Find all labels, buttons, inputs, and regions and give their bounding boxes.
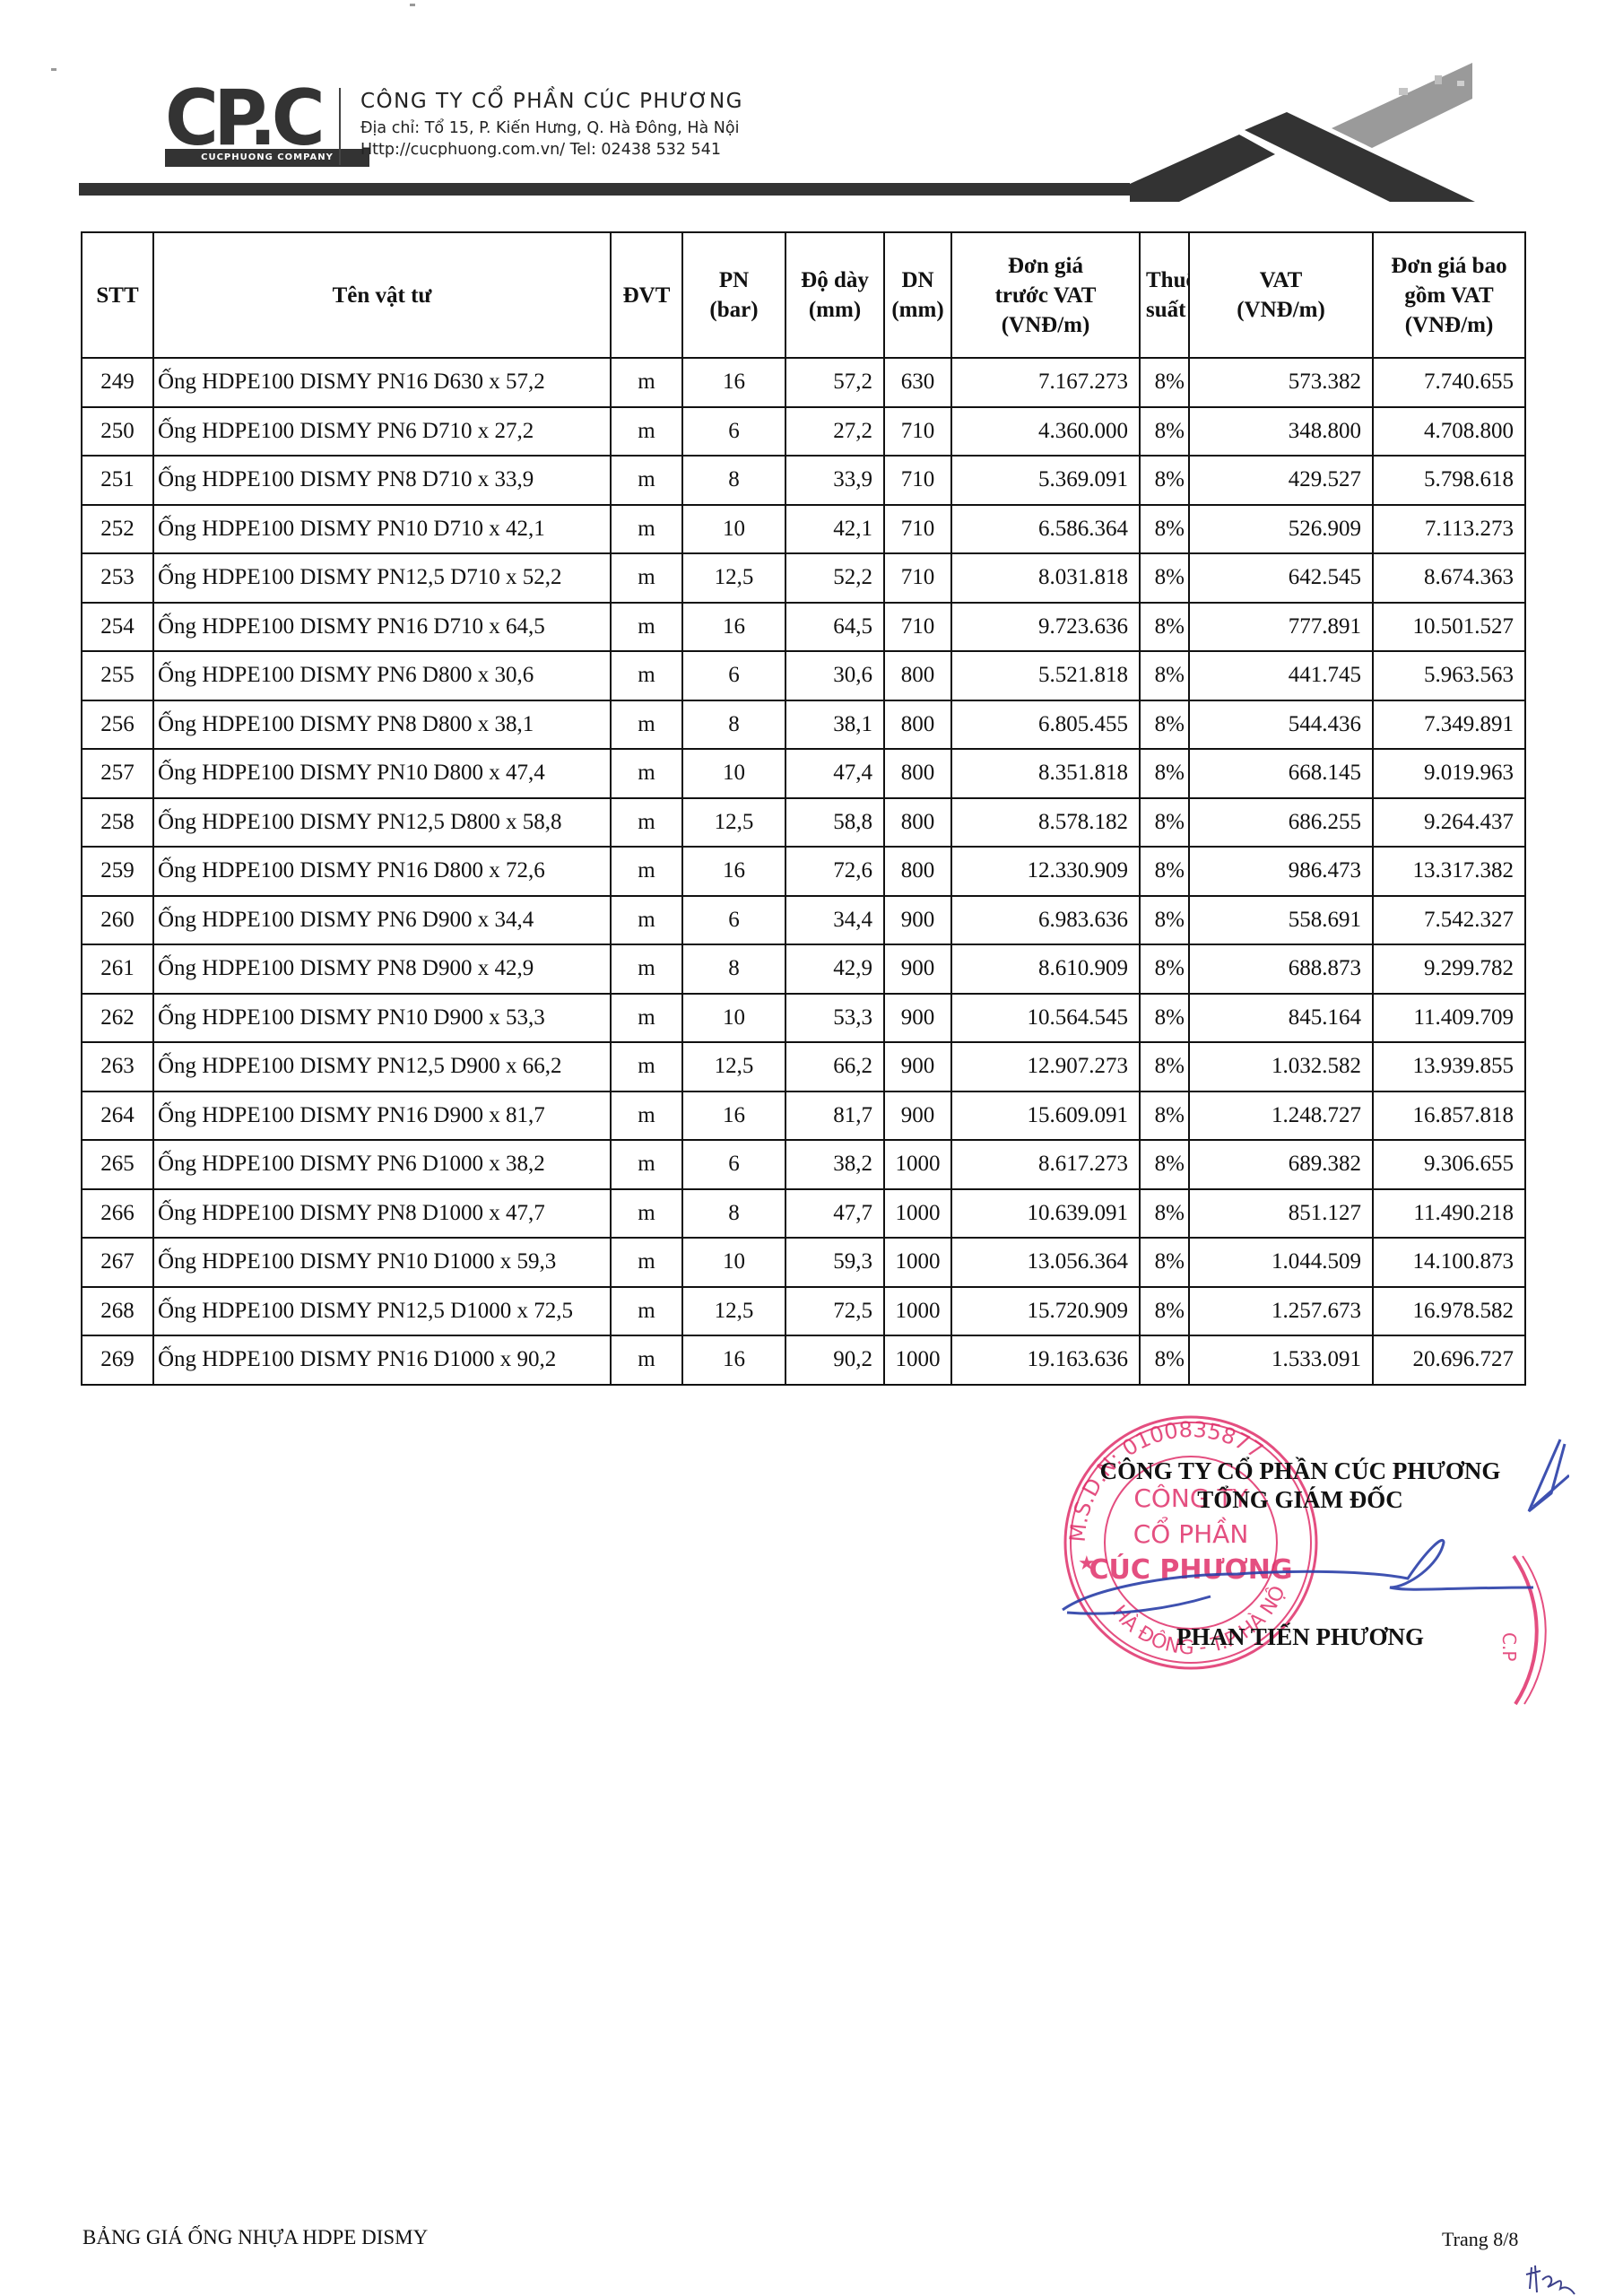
cell-wall-thickness: 52,2 xyxy=(785,553,884,603)
cell-wall-thickness: 72,5 xyxy=(785,1287,884,1336)
cell-price-before-vat: 5.521.818 xyxy=(951,651,1140,700)
cell-item-name: Ống HDPE100 DISMY PN12,5 D1000 x 72,5 xyxy=(153,1287,611,1336)
cell-item-name: Ống HDPE100 DISMY PN8 D800 x 38,1 xyxy=(153,700,611,750)
cell-pressure-rating: 6 xyxy=(682,651,785,700)
cell-wall-thickness: 81,7 xyxy=(785,1091,884,1141)
cell-row-number: 258 xyxy=(82,798,153,848)
cell-vat-amount: 573.382 xyxy=(1189,358,1373,407)
cell-wall-thickness: 30,6 xyxy=(785,651,884,700)
cell-price-including-vat: 8.674.363 xyxy=(1373,553,1525,603)
cell-tax-rate: 8% xyxy=(1140,358,1189,407)
cell-row-number: 250 xyxy=(82,407,153,457)
cell-nominal-diameter: 900 xyxy=(884,1042,951,1091)
table-row: 266Ống HDPE100 DISMY PN8 D1000 x 47,7m84… xyxy=(82,1189,1525,1239)
cell-price-including-vat: 11.409.709 xyxy=(1373,994,1525,1043)
cell-price-before-vat: 4.360.000 xyxy=(951,407,1140,457)
cell-wall-thickness: 42,9 xyxy=(785,944,884,994)
cell-unit: m xyxy=(611,944,682,994)
cell-price-before-vat: 12.330.909 xyxy=(951,847,1140,896)
table-row: 252Ống HDPE100 DISMY PN10 D710 x 42,1m10… xyxy=(82,505,1525,554)
cell-price-before-vat: 5.369.091 xyxy=(951,456,1140,505)
cell-row-number: 264 xyxy=(82,1091,153,1141)
cell-pressure-rating: 6 xyxy=(682,896,785,945)
cell-unit: m xyxy=(611,1238,682,1287)
cell-item-name: Ống HDPE100 DISMY PN6 D1000 x 38,2 xyxy=(153,1140,611,1189)
cell-wall-thickness: 66,2 xyxy=(785,1042,884,1091)
cell-wall-thickness: 90,2 xyxy=(785,1335,884,1385)
table-row: 257Ống HDPE100 DISMY PN10 D800 x 47,4m10… xyxy=(82,749,1525,798)
table-row: 254Ống HDPE100 DISMY PN16 D710 x 64,5m16… xyxy=(82,603,1525,652)
cell-vat-amount: 1.257.673 xyxy=(1189,1287,1373,1336)
cell-price-including-vat: 7.740.655 xyxy=(1373,358,1525,407)
table-row: 249Ống HDPE100 DISMY PN16 D630 x 57,2m16… xyxy=(82,358,1525,407)
table-row: 251Ống HDPE100 DISMY PN8 D710 x 33,9m833… xyxy=(82,456,1525,505)
cell-tax-rate: 8% xyxy=(1140,407,1189,457)
cell-price-including-vat: 5.963.563 xyxy=(1373,651,1525,700)
cell-price-before-vat: 6.805.455 xyxy=(951,700,1140,750)
scan-speck xyxy=(410,4,415,6)
column-header-name: Tên vật tư xyxy=(153,232,611,358)
cell-row-number: 269 xyxy=(82,1335,153,1385)
cell-row-number: 256 xyxy=(82,700,153,750)
cell-unit: m xyxy=(611,1091,682,1141)
cell-tax-rate: 8% xyxy=(1140,553,1189,603)
cell-item-name: Ống HDPE100 DISMY PN10 D1000 x 59,3 xyxy=(153,1238,611,1287)
cell-price-including-vat: 14.100.873 xyxy=(1373,1238,1525,1287)
cell-row-number: 259 xyxy=(82,847,153,896)
cell-price-including-vat: 16.978.582 xyxy=(1373,1287,1525,1336)
cell-pressure-rating: 16 xyxy=(682,1091,785,1141)
table-row: 262Ống HDPE100 DISMY PN10 D900 x 53,3m10… xyxy=(82,994,1525,1043)
column-header-vat: VAT(VNĐ/m) xyxy=(1189,232,1373,358)
cell-tax-rate: 8% xyxy=(1140,700,1189,750)
column-header-pn: PN(bar) xyxy=(682,232,785,358)
cell-vat-amount: 429.527 xyxy=(1189,456,1373,505)
cell-wall-thickness: 57,2 xyxy=(785,358,884,407)
cell-item-name: Ống HDPE100 DISMY PN16 D630 x 57,2 xyxy=(153,358,611,407)
scan-speck xyxy=(51,68,56,71)
table-row: 260Ống HDPE100 DISMY PN6 D900 x 34,4m634… xyxy=(82,896,1525,945)
cell-wall-thickness: 53,3 xyxy=(785,994,884,1043)
price-table: STTTên vật tưĐVTPN(bar)Độ dày(mm)DN(mm)Đ… xyxy=(81,231,1526,1386)
column-header-price-pre-vat: Đơn giátrước VAT(VNĐ/m) xyxy=(951,232,1140,358)
column-header-price-incl-vat: Đơn giá baogồm VAT(VNĐ/m) xyxy=(1373,232,1525,358)
cell-item-name: Ống HDPE100 DISMY PN6 D900 x 34,4 xyxy=(153,896,611,945)
cell-row-number: 257 xyxy=(82,749,153,798)
cell-price-before-vat: 8.351.818 xyxy=(951,749,1140,798)
cell-row-number: 268 xyxy=(82,1287,153,1336)
cell-price-before-vat: 15.720.909 xyxy=(951,1287,1140,1336)
signature-company: CÔNG TY CỔ PHẦN CÚC PHƯƠNG xyxy=(1031,1457,1569,1485)
cell-row-number: 253 xyxy=(82,553,153,603)
cell-pressure-rating: 12,5 xyxy=(682,553,785,603)
cell-tax-rate: 8% xyxy=(1140,847,1189,896)
table-row: 269Ống HDPE100 DISMY PN16 D1000 x 90,2m1… xyxy=(82,1335,1525,1385)
cell-nominal-diameter: 710 xyxy=(884,456,951,505)
cell-row-number: 252 xyxy=(82,505,153,554)
cell-pressure-rating: 16 xyxy=(682,358,785,407)
cell-pressure-rating: 10 xyxy=(682,749,785,798)
cell-vat-amount: 689.382 xyxy=(1189,1140,1373,1189)
cell-pressure-rating: 12,5 xyxy=(682,1287,785,1336)
cell-nominal-diameter: 710 xyxy=(884,603,951,652)
cell-price-before-vat: 10.639.091 xyxy=(951,1189,1140,1239)
cell-nominal-diameter: 800 xyxy=(884,700,951,750)
cell-unit: m xyxy=(611,896,682,945)
svg-text:★: ★ xyxy=(1078,1552,1096,1575)
table-row: 259Ống HDPE100 DISMY PN16 D800 x 72,6m16… xyxy=(82,847,1525,896)
cell-nominal-diameter: 800 xyxy=(884,847,951,896)
cell-row-number: 249 xyxy=(82,358,153,407)
svg-text:CÚC PHƯƠNG: CÚC PHƯƠNG xyxy=(1089,1552,1293,1586)
cell-price-before-vat: 12.907.273 xyxy=(951,1042,1140,1091)
cell-wall-thickness: 33,9 xyxy=(785,456,884,505)
cell-price-including-vat: 9.264.437 xyxy=(1373,798,1525,848)
table-row: 267Ống HDPE100 DISMY PN10 D1000 x 59,3m1… xyxy=(82,1238,1525,1287)
cell-item-name: Ống HDPE100 DISMY PN8 D900 x 42,9 xyxy=(153,944,611,994)
cell-price-before-vat: 8.617.273 xyxy=(951,1140,1140,1189)
cell-unit: m xyxy=(611,847,682,896)
cell-row-number: 251 xyxy=(82,456,153,505)
company-address: Địa chỉ: Tổ 15, P. Kiến Hưng, Q. Hà Đông… xyxy=(360,119,739,137)
cell-price-before-vat: 10.564.545 xyxy=(951,994,1140,1043)
cell-price-including-vat: 13.939.855 xyxy=(1373,1042,1525,1091)
cell-unit: m xyxy=(611,749,682,798)
cell-price-including-vat: 11.490.218 xyxy=(1373,1189,1525,1239)
cell-unit: m xyxy=(611,1287,682,1336)
cell-tax-rate: 8% xyxy=(1140,798,1189,848)
cell-vat-amount: 688.873 xyxy=(1189,944,1373,994)
cell-tax-rate: 8% xyxy=(1140,749,1189,798)
cell-wall-thickness: 38,1 xyxy=(785,700,884,750)
cell-price-including-vat: 13.317.382 xyxy=(1373,847,1525,896)
cell-price-before-vat: 19.163.636 xyxy=(951,1335,1140,1385)
cell-price-including-vat: 10.501.527 xyxy=(1373,603,1525,652)
svg-text:CỔ PHẦN: CỔ PHẦN xyxy=(1133,1516,1249,1549)
signature-title: TỔNG GIÁM ĐỐC xyxy=(1031,1486,1569,1514)
cell-tax-rate: 8% xyxy=(1140,994,1189,1043)
cell-tax-rate: 8% xyxy=(1140,603,1189,652)
cell-nominal-diameter: 900 xyxy=(884,1091,951,1141)
cell-unit: m xyxy=(611,1335,682,1385)
cell-pressure-rating: 8 xyxy=(682,944,785,994)
signatory-name: PHAN TIẾN PHƯƠNG xyxy=(1031,1623,1569,1651)
table-row: 265Ống HDPE100 DISMY PN6 D1000 x 38,2m63… xyxy=(82,1140,1525,1189)
cell-item-name: Ống HDPE100 DISMY PN10 D800 x 47,4 xyxy=(153,749,611,798)
cell-unit: m xyxy=(611,456,682,505)
cell-nominal-diameter: 1000 xyxy=(884,1335,951,1385)
cell-wall-thickness: 64,5 xyxy=(785,603,884,652)
cell-pressure-rating: 10 xyxy=(682,1238,785,1287)
cell-tax-rate: 8% xyxy=(1140,1238,1189,1287)
cell-price-before-vat: 15.609.091 xyxy=(951,1091,1140,1141)
cell-nominal-diameter: 900 xyxy=(884,896,951,945)
cell-unit: m xyxy=(611,798,682,848)
table-row: 261Ống HDPE100 DISMY PN8 D900 x 42,9m842… xyxy=(82,944,1525,994)
cell-wall-thickness: 34,4 xyxy=(785,896,884,945)
footer-document-title: BẢNG GIÁ ỐNG NHỰA HDPE DISMY xyxy=(82,2226,428,2249)
cell-nominal-diameter: 710 xyxy=(884,553,951,603)
cell-nominal-diameter: 900 xyxy=(884,994,951,1043)
cell-price-before-vat: 8.578.182 xyxy=(951,798,1140,848)
cell-pressure-rating: 16 xyxy=(682,847,785,896)
cell-wall-thickness: 72,6 xyxy=(785,847,884,896)
cell-item-name: Ống HDPE100 DISMY PN10 D710 x 42,1 xyxy=(153,505,611,554)
cell-price-including-vat: 16.857.818 xyxy=(1373,1091,1525,1141)
logo-text: CP.C xyxy=(165,86,360,151)
cell-nominal-diameter: 800 xyxy=(884,651,951,700)
cell-item-name: Ống HDPE100 DISMY PN16 D710 x 64,5 xyxy=(153,603,611,652)
column-header-dn: DN(mm) xyxy=(884,232,951,358)
table-header-row: STTTên vật tưĐVTPN(bar)Độ dày(mm)DN(mm)Đ… xyxy=(82,232,1525,358)
cell-price-before-vat: 6.983.636 xyxy=(951,896,1140,945)
cell-pressure-rating: 8 xyxy=(682,700,785,750)
cell-unit: m xyxy=(611,1189,682,1239)
table-row: 268Ống HDPE100 DISMY PN12,5 D1000 x 72,5… xyxy=(82,1287,1525,1336)
cell-price-including-vat: 7.542.327 xyxy=(1373,896,1525,945)
table-row: 253Ống HDPE100 DISMY PN12,5 D710 x 52,2m… xyxy=(82,553,1525,603)
cell-row-number: 265 xyxy=(82,1140,153,1189)
cell-price-before-vat: 8.031.818 xyxy=(951,553,1140,603)
cell-item-name: Ống HDPE100 DISMY PN16 D900 x 81,7 xyxy=(153,1091,611,1141)
cell-price-before-vat: 9.723.636 xyxy=(951,603,1140,652)
cell-row-number: 254 xyxy=(82,603,153,652)
cell-price-including-vat: 9.299.782 xyxy=(1373,944,1525,994)
column-header-stt: STT xyxy=(82,232,153,358)
cell-tax-rate: 8% xyxy=(1140,1287,1189,1336)
cell-unit: m xyxy=(611,994,682,1043)
cell-item-name: Ống HDPE100 DISMY PN8 D710 x 33,9 xyxy=(153,456,611,505)
cell-price-before-vat: 13.056.364 xyxy=(951,1238,1140,1287)
cell-tax-rate: 8% xyxy=(1140,896,1189,945)
cell-unit: m xyxy=(611,505,682,554)
cell-pressure-rating: 6 xyxy=(682,1140,785,1189)
cell-tax-rate: 8% xyxy=(1140,944,1189,994)
table-row: 250Ống HDPE100 DISMY PN6 D710 x 27,2m627… xyxy=(82,407,1525,457)
cell-nominal-diameter: 900 xyxy=(884,944,951,994)
cell-row-number: 263 xyxy=(82,1042,153,1091)
cell-vat-amount: 642.545 xyxy=(1189,553,1373,603)
signature-block: M.S.D.N: 0100835877 HÀ ĐÔNG - T.P HÀ NỘI… xyxy=(1031,1408,1569,1713)
cell-vat-amount: 686.255 xyxy=(1189,798,1373,848)
cell-vat-amount: 1.032.582 xyxy=(1189,1042,1373,1091)
table-row: 256Ống HDPE100 DISMY PN8 D800 x 38,1m838… xyxy=(82,700,1525,750)
cell-nominal-diameter: 710 xyxy=(884,505,951,554)
cell-price-including-vat: 9.019.963 xyxy=(1373,749,1525,798)
table-row: 264Ống HDPE100 DISMY PN16 D900 x 81,7m16… xyxy=(82,1091,1525,1141)
cell-price-including-vat: 9.306.655 xyxy=(1373,1140,1525,1189)
cell-unit: m xyxy=(611,603,682,652)
cell-price-including-vat: 20.696.727 xyxy=(1373,1335,1525,1385)
cell-nominal-diameter: 1000 xyxy=(884,1238,951,1287)
cell-item-name: Ống HDPE100 DISMY PN8 D1000 x 47,7 xyxy=(153,1189,611,1239)
cell-row-number: 255 xyxy=(82,651,153,700)
cell-vat-amount: 544.436 xyxy=(1189,700,1373,750)
cell-row-number: 261 xyxy=(82,944,153,994)
table-row: 263Ống HDPE100 DISMY PN12,5 D900 x 66,2m… xyxy=(82,1042,1525,1091)
cell-row-number: 262 xyxy=(82,994,153,1043)
cell-nominal-diameter: 1000 xyxy=(884,1287,951,1336)
cell-tax-rate: 8% xyxy=(1140,1189,1189,1239)
cell-nominal-diameter: 710 xyxy=(884,407,951,457)
cell-pressure-rating: 16 xyxy=(682,1335,785,1385)
cell-nominal-diameter: 630 xyxy=(884,358,951,407)
company-stamp: M.S.D.N: 0100835877 HÀ ĐÔNG - T.P HÀ NỘI… xyxy=(1031,1408,1569,1713)
column-header-unit: ĐVT xyxy=(611,232,682,358)
cell-vat-amount: 986.473 xyxy=(1189,847,1373,896)
cell-wall-thickness: 58,8 xyxy=(785,798,884,848)
cell-vat-amount: 1.533.091 xyxy=(1189,1335,1373,1385)
cell-item-name: Ống HDPE100 DISMY PN16 D800 x 72,6 xyxy=(153,847,611,896)
cell-nominal-diameter: 1000 xyxy=(884,1140,951,1189)
cell-vat-amount: 668.145 xyxy=(1189,749,1373,798)
cell-unit: m xyxy=(611,1042,682,1091)
cell-pressure-rating: 8 xyxy=(682,456,785,505)
cell-wall-thickness: 27,2 xyxy=(785,407,884,457)
cell-pressure-rating: 10 xyxy=(682,994,785,1043)
cell-unit: m xyxy=(611,358,682,407)
cell-vat-amount: 845.164 xyxy=(1189,994,1373,1043)
cell-tax-rate: 8% xyxy=(1140,1091,1189,1141)
cell-item-name: Ống HDPE100 DISMY PN6 D800 x 30,6 xyxy=(153,651,611,700)
cell-wall-thickness: 47,4 xyxy=(785,749,884,798)
cell-tax-rate: 8% xyxy=(1140,456,1189,505)
cell-nominal-diameter: 800 xyxy=(884,749,951,798)
cell-pressure-rating: 6 xyxy=(682,407,785,457)
cell-tax-rate: 8% xyxy=(1140,505,1189,554)
cell-unit: m xyxy=(611,700,682,750)
cell-unit: m xyxy=(611,651,682,700)
column-header-thickness: Độ dày(mm) xyxy=(785,232,884,358)
cell-nominal-diameter: 800 xyxy=(884,798,951,848)
page-number: Trang 8/8 xyxy=(1442,2228,1518,2251)
letterhead: CP.C CUCPHUONG COMPANY CÔNG TY CỔ PHẦN C… xyxy=(0,0,1623,215)
cell-tax-rate: 8% xyxy=(1140,651,1189,700)
initials-signature-icon xyxy=(1524,2262,1578,2296)
cell-nominal-diameter: 1000 xyxy=(884,1189,951,1239)
cell-vat-amount: 558.691 xyxy=(1189,896,1373,945)
cell-pressure-rating: 16 xyxy=(682,603,785,652)
cell-wall-thickness: 42,1 xyxy=(785,505,884,554)
cell-vat-amount: 441.745 xyxy=(1189,651,1373,700)
cell-tax-rate: 8% xyxy=(1140,1140,1189,1189)
cell-unit: m xyxy=(611,407,682,457)
cell-price-before-vat: 8.610.909 xyxy=(951,944,1140,994)
cell-unit: m xyxy=(611,553,682,603)
cell-item-name: Ống HDPE100 DISMY PN12,5 D800 x 58,8 xyxy=(153,798,611,848)
company-name: CÔNG TY CỔ PHẦN CÚC PHƯƠNG xyxy=(360,90,743,113)
cell-tax-rate: 8% xyxy=(1140,1335,1189,1385)
cell-pressure-rating: 10 xyxy=(682,505,785,554)
letterhead-divider xyxy=(339,88,341,165)
company-contact: Http://cucphuong.com.vn/ Tel: 02438 532 … xyxy=(360,141,721,159)
cell-wall-thickness: 47,7 xyxy=(785,1189,884,1239)
cell-wall-thickness: 38,2 xyxy=(785,1140,884,1189)
cell-item-name: Ống HDPE100 DISMY PN10 D900 x 53,3 xyxy=(153,994,611,1043)
cell-price-including-vat: 7.349.891 xyxy=(1373,700,1525,750)
cell-price-including-vat: 5.798.618 xyxy=(1373,456,1525,505)
cell-vat-amount: 851.127 xyxy=(1189,1189,1373,1239)
table-body: 249Ống HDPE100 DISMY PN16 D630 x 57,2m16… xyxy=(82,358,1525,1385)
cell-vat-amount: 1.044.509 xyxy=(1189,1238,1373,1287)
cell-pressure-rating: 8 xyxy=(682,1189,785,1239)
column-header-tax-rate: Thuếsuất xyxy=(1140,232,1189,358)
table-row: 255Ống HDPE100 DISMY PN6 D800 x 30,6m630… xyxy=(82,651,1525,700)
cell-pressure-rating: 12,5 xyxy=(682,798,785,848)
cell-vat-amount: 348.800 xyxy=(1189,407,1373,457)
cell-vat-amount: 1.248.727 xyxy=(1189,1091,1373,1141)
cell-item-name: Ống HDPE100 DISMY PN12,5 D900 x 66,2 xyxy=(153,1042,611,1091)
cell-price-before-vat: 6.586.364 xyxy=(951,505,1140,554)
cell-pressure-rating: 12,5 xyxy=(682,1042,785,1091)
cell-price-including-vat: 4.708.800 xyxy=(1373,407,1525,457)
cell-vat-amount: 777.891 xyxy=(1189,603,1373,652)
cell-item-name: Ống HDPE100 DISMY PN16 D1000 x 90,2 xyxy=(153,1335,611,1385)
cell-item-name: Ống HDPE100 DISMY PN6 D710 x 27,2 xyxy=(153,407,611,457)
cell-row-number: 266 xyxy=(82,1189,153,1239)
cell-vat-amount: 526.909 xyxy=(1189,505,1373,554)
cell-price-including-vat: 7.113.273 xyxy=(1373,505,1525,554)
cell-wall-thickness: 59,3 xyxy=(785,1238,884,1287)
cell-price-before-vat: 7.167.273 xyxy=(951,358,1140,407)
cell-unit: m xyxy=(611,1140,682,1189)
table-row: 258Ống HDPE100 DISMY PN12,5 D800 x 58,8m… xyxy=(82,798,1525,848)
cell-item-name: Ống HDPE100 DISMY PN12,5 D710 x 52,2 xyxy=(153,553,611,603)
cell-tax-rate: 8% xyxy=(1140,1042,1189,1091)
cell-row-number: 267 xyxy=(82,1238,153,1287)
cell-row-number: 260 xyxy=(82,896,153,945)
